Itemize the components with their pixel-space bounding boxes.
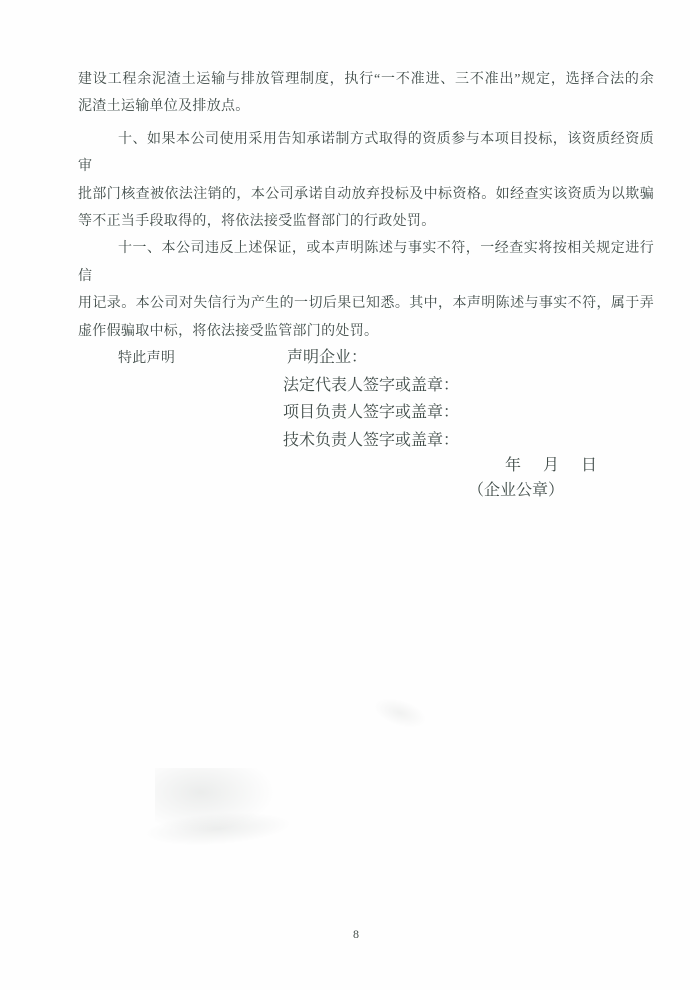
text-line: 用记录。本公司对失信行为产生的一切后果已知悉。其中，本声明陈述与事实不符，属于弄	[78, 290, 654, 317]
scan-smudge	[365, 689, 435, 737]
paragraph-clause-11: 十一、本公司违反上述保证，或本声明陈述与事实不符，一经查实将按相关规定进行信 用…	[78, 235, 654, 345]
text-line: 虚作假骗取中标，将依法接受监管部门的处罚。	[78, 318, 654, 345]
document-body: 建设工程余泥渣土运输与排放管理制度，执行“一不准进、三不准出”规定，选择合法的余…	[78, 66, 654, 372]
legal-representative-label: 法定代表人签字或盖章：	[283, 372, 459, 400]
signature-block: 声明企业： 法定代表人签字或盖章： 项目负责人签字或盖章： 技术负责人签字或盖章…	[283, 344, 459, 454]
text-line: 十、如果本公司使用采用告知承诺制方式取得的资质参与本项目投标，该资质经资质审	[78, 126, 654, 181]
text-line: 十一、本公司违反上述保证，或本声明陈述与事实不符，一经查实将按相关规定进行信	[78, 235, 654, 290]
date-line: 年 月 日	[505, 452, 600, 480]
scan-smudge	[137, 806, 299, 851]
paragraph-clause-10: 十、如果本公司使用采用告知承诺制方式取得的资质参与本项目投标，该资质经资质审 批…	[78, 126, 654, 236]
paragraph-continuation: 建设工程余泥渣土运输与排放管理制度，执行“一不准进、三不准出”规定，选择合法的余…	[78, 66, 654, 121]
project-manager-label: 项目负责人签字或盖章：	[283, 399, 459, 427]
technical-manager-label: 技术负责人签字或盖章：	[283, 427, 459, 455]
scan-smudge	[155, 768, 285, 838]
declaring-company-label: 声明企业：	[283, 344, 459, 372]
text-line: 泥渣土运输单位及排放点。	[78, 93, 654, 120]
text-line: 批部门核查被依法注销的，本公司承诺自动放弃投标及中标资格。如经查实该资质为以欺骗	[78, 181, 654, 208]
company-seal-note: （企业公章）	[468, 477, 564, 505]
text-line: 建设工程余泥渣土运输与排放管理制度，执行“一不准进、三不准出”规定，选择合法的余	[78, 66, 654, 93]
text-line: 等不正当手段取得的，将依法接受监督部门的行政处罚。	[78, 208, 654, 235]
scanned-document-page: 建设工程余泥渣土运输与排放管理制度，执行“一不准进、三不准出”规定，选择合法的余…	[0, 0, 700, 990]
page-number: 8	[353, 927, 359, 941]
